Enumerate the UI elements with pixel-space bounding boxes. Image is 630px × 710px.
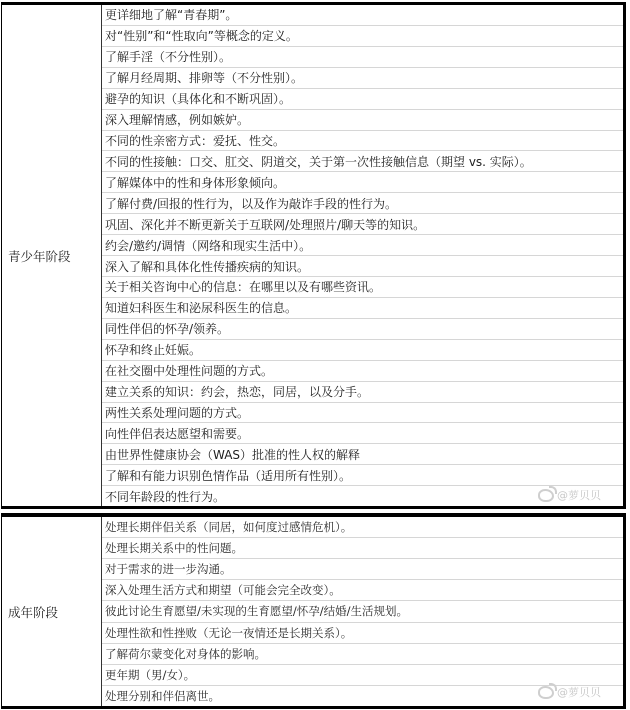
table-row: 深入理解情感，例如嫉妒。 (102, 110, 623, 131)
table-row: 建立关系的知识：约会，热恋，同居，以及分手。 (102, 382, 623, 403)
table-row: 关于相关咨询中心的信息：在哪里以及有哪些资讯。 (102, 277, 623, 298)
table-row: 两性关系处理问题的方式。 (102, 403, 623, 424)
table-row: 了解手淫（不分性别）。 (102, 47, 623, 68)
table-row: 了解媒体中的性和身体形象倾向。 (102, 172, 623, 193)
table-row: 了解和有能力识别色情作品（适用所有性别）。 (102, 465, 623, 486)
table-row: 约会/邀约/调情（网络和现实生活中）。 (102, 235, 623, 256)
table-row: 在社交圈中处理性问题的方式。 (102, 361, 623, 382)
table-row: 由世界性健康协会（WAS）批准的性人权的解释 (102, 444, 623, 465)
adult-stage-table: 成年阶段 处理长期伴侣关系（同居，如何度过感情危机）。 处理长期关系中的性问题。… (1, 513, 626, 709)
stage-label-adolescent: 青少年阶段 (2, 5, 102, 506)
table-row: 更年期（男/女）。 (102, 665, 623, 686)
table-row: 处理性欲和性挫败（无论一夜情还是长期关系）。 (102, 623, 623, 644)
table-row: 了解付费/回报的性行为，以及作为敲诈手段的性行为。 (102, 193, 623, 214)
table-row: 处理长期关系中的性问题。 (102, 538, 623, 559)
table-row: 避孕的知识（具体化和不断巩固）。 (102, 89, 623, 110)
table-row: 怀孕和终止妊娠。 (102, 340, 623, 361)
table-row: 向性伴侣表达愿望和需要。 (102, 423, 623, 444)
table-row: 不同的性亲密方式：爱抚、性交。 (102, 131, 623, 152)
adolescent-stage-table: 青少年阶段 更详细地了解“青春期”。 对“性别”和“性取向”等概念的定义。 了解… (1, 2, 626, 509)
table-row: 不同年龄段的性行为。 (102, 486, 623, 506)
table-row: 了解月经周期、排卵等（不分性别）。 (102, 68, 623, 89)
table-row: 同性伴侣的怀孕/领养。 (102, 319, 623, 340)
table-row: 不同的性接触：口交、肛交、阴道交，关于第一次性接触信息（期望 vs. 实际）。 (102, 151, 623, 172)
table-row: 对“性别”和“性取向”等概念的定义。 (102, 26, 623, 47)
table-row: 对于需求的进一步沟通。 (102, 559, 623, 580)
table-row: 深入处理生活方式和期望（可能会完全改变）。 (102, 580, 623, 601)
adult-items-list: 处理长期伴侣关系（同居，如何度过感情危机）。 处理长期关系中的性问题。 对于需求… (102, 517, 623, 706)
adolescent-items-list: 更详细地了解“青春期”。 对“性别”和“性取向”等概念的定义。 了解手淫（不分性… (102, 5, 623, 506)
table-row: 知道妇科医生和泌尿科医生的信息。 (102, 298, 623, 319)
table-row: 彼此讨论生育愿望/未实现的生育愿望/怀孕/结婚/生活规划。 (102, 601, 623, 622)
table-row: 处理分别和伴侣离世。 (102, 686, 623, 706)
table-row: 巩固、深化并不断更新关于互联网/处理照片/聊天等的知识。 (102, 214, 623, 235)
table-row: 处理长期伴侣关系（同居，如何度过感情危机）。 (102, 517, 623, 538)
table-row: 深入了解和具体化性传播疾病的知识。 (102, 256, 623, 277)
table-row: 了解荷尔蒙变化对身体的影响。 (102, 644, 623, 665)
table-row: 更详细地了解“青春期”。 (102, 5, 623, 26)
stage-label-adult: 成年阶段 (2, 517, 102, 706)
